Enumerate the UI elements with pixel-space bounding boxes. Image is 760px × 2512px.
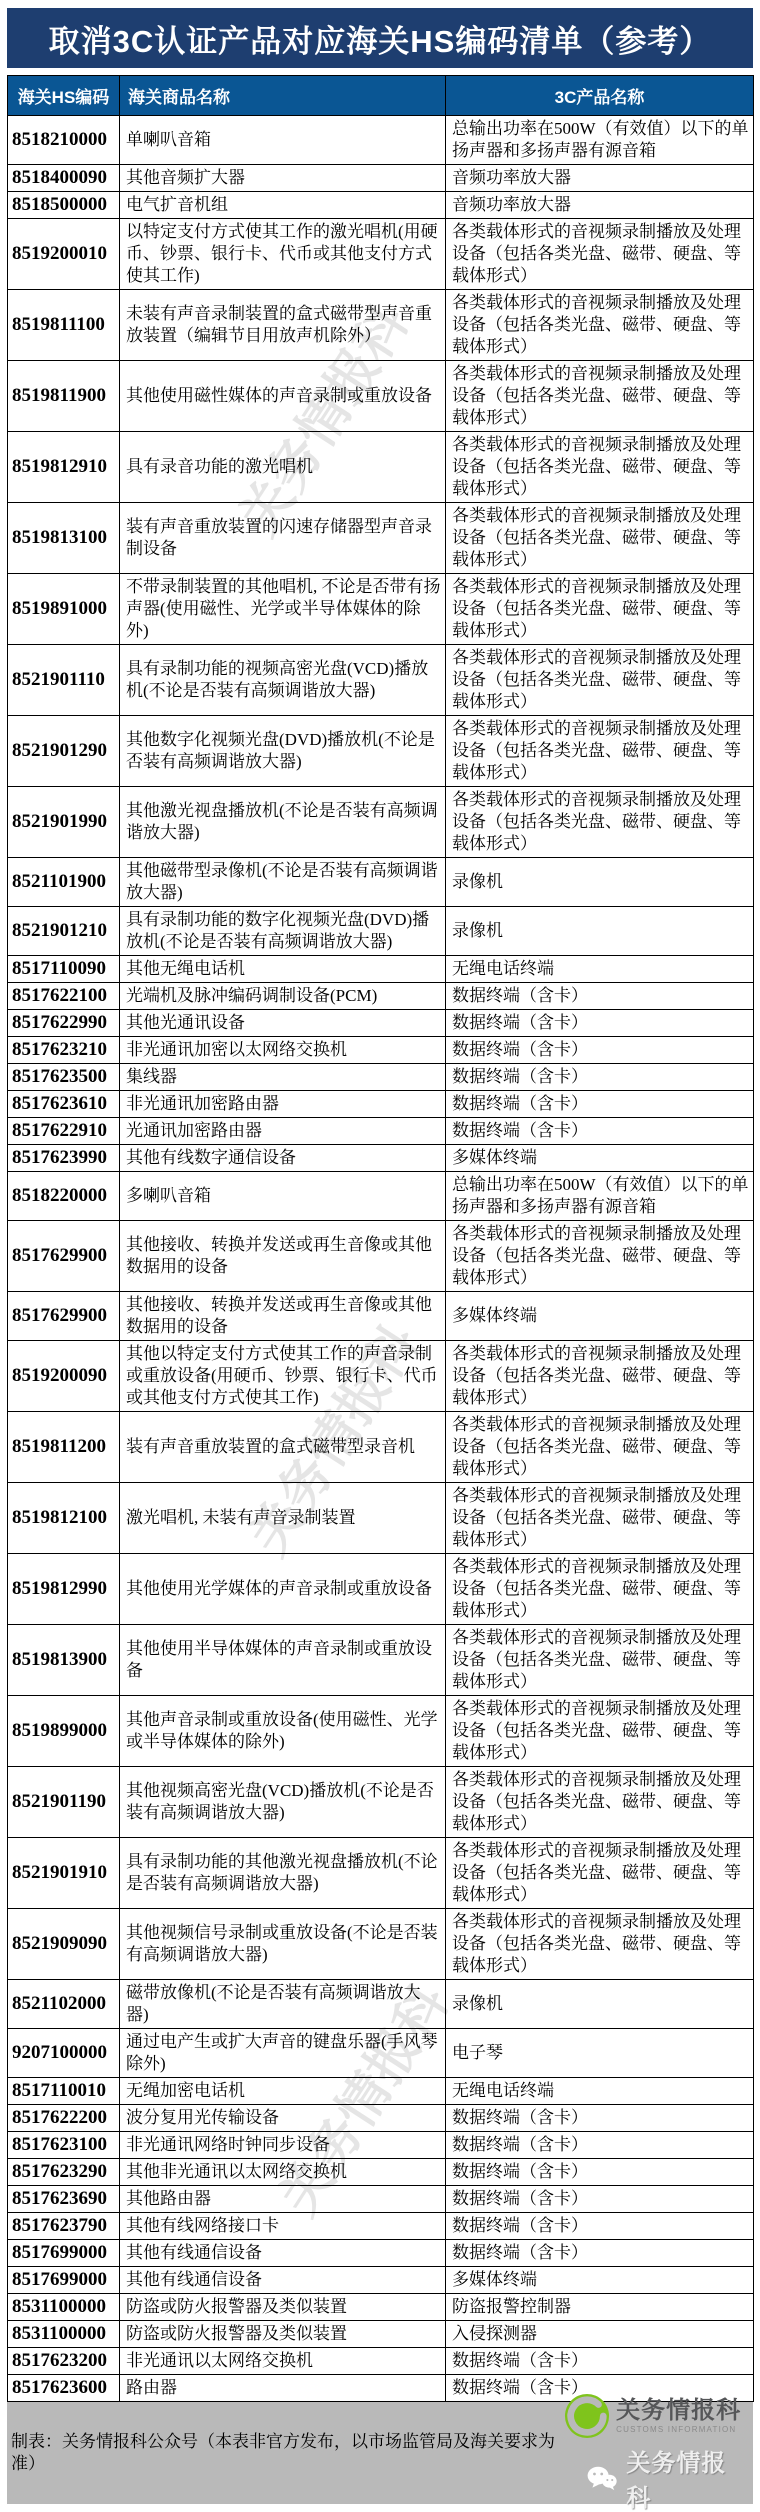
table-row: 8519200090其他以特定支付方式使其工作的声音录制或重放设备(用硬币、钞票… [8, 1341, 754, 1412]
3c-product-cell: 无绳电话终端 [446, 2078, 754, 2105]
table-row: 8518400090其他音频扩大器音频功率放大器 [8, 165, 754, 192]
3c-product-cell: 电子琴 [446, 2029, 754, 2078]
product-name-cell: 通过电产生或扩大声音的键盘乐器(手风琴除外) [120, 2029, 446, 2078]
product-name-cell: 无绳加密电话机 [120, 2078, 446, 2105]
hs-code-cell: 8517629900 [8, 1221, 120, 1292]
product-name-cell: 电气扩音机组 [120, 192, 446, 219]
table-row: 8517699000其他有线通信设备多媒体终端 [8, 2267, 754, 2294]
hs-code-cell: 8517623990 [8, 1145, 120, 1172]
table-row: 8517622200波分复用光传输设备数据终端（含卡） [8, 2105, 754, 2132]
3c-product-cell: 总输出功率在500W（有效值）以下的单扬声器和多扬声器有源音箱 [446, 1172, 754, 1221]
table-row: 8517622100光端机及脉冲编码调制设备(PCM)数据终端（含卡） [8, 983, 754, 1010]
table-row: 8519812990其他使用光学媒体的声音录制或重放设备各类载体形式的音视频录制… [8, 1554, 754, 1625]
hs-code-cell: 8517623690 [8, 2186, 120, 2213]
product-name-cell: 其他以特定支付方式使其工作的声音录制或重放设备(用硬币、钞票、银行卡、代币或其他… [120, 1341, 446, 1412]
3c-product-cell: 入侵探测器 [446, 2321, 754, 2348]
hs-code-cell: 8521101900 [8, 858, 120, 907]
table-row: 8517623200非光通讯以太网络交换机数据终端（含卡） [8, 2348, 754, 2375]
table-row: 8519812910具有录音功能的激光唱机各类载体形式的音视频录制播放及处理设备… [8, 432, 754, 503]
hs-code-cell: 8519812100 [8, 1483, 120, 1554]
hs-code-cell: 9207100000 [8, 2029, 120, 2078]
header-row: 海关HS编码 海关商品名称 3C产品名称 [8, 76, 754, 116]
table-row: 8521901110具有录制功能的视频高密光盘(VCD)播放机(不论是否装有高频… [8, 645, 754, 716]
product-name-cell: 其他使用磁性媒体的声音录制或重放设备 [120, 361, 446, 432]
hs-code-cell: 8517623290 [8, 2159, 120, 2186]
table-header: 海关HS编码 海关商品名称 3C产品名称 [8, 76, 754, 116]
product-name-cell: 其他激光视盘播放机(不论是否装有高频调谐放大器) [120, 787, 446, 858]
product-name-cell: 波分复用光传输设备 [120, 2105, 446, 2132]
3c-product-cell: 各类载体形式的音视频录制播放及处理设备（包括各类光盘、磁带、硬盘、等载体形式） [446, 219, 754, 290]
3c-product-cell: 各类载体形式的音视频录制播放及处理设备（包括各类光盘、磁带、硬盘、等载体形式） [446, 290, 754, 361]
product-name-cell: 防盗或防火报警器及类似装置 [120, 2294, 446, 2321]
brand-name-en: CUSTOMS INFORMATION [616, 2426, 741, 2434]
wechat-account: 关务情报科 [586, 2443, 745, 2512]
product-name-cell: 其他有线通信设备 [120, 2267, 446, 2294]
header-hs-code: 海关HS编码 [8, 76, 120, 116]
wechat-account-name: 关务情报科 [626, 2443, 745, 2512]
title-bar: 取消3C认证产品对应海关HS编码清单（参考） [7, 8, 753, 68]
hs-code-cell: 8519200010 [8, 219, 120, 290]
hs-code-cell: 8521901910 [8, 1838, 120, 1909]
hs-code-cell: 8517622100 [8, 983, 120, 1010]
hs-code-cell: 8517699000 [8, 2240, 120, 2267]
table-row: 8521901290其他数字化视频光盘(DVD)播放机(不论是否装有高频调谐放大… [8, 716, 754, 787]
product-name-cell: 其他光通讯设备 [120, 1010, 446, 1037]
product-name-cell: 非光通讯以太网络交换机 [120, 2348, 446, 2375]
table-row: 8517623690其他路由器数据终端（含卡） [8, 2186, 754, 2213]
table-row: 8517622990其他光通讯设备数据终端（含卡） [8, 1010, 754, 1037]
product-name-cell: 多喇叭音箱 [120, 1172, 446, 1221]
table-row: 8517623610非光通讯加密路由器数据终端（含卡） [8, 1091, 754, 1118]
brand-block: 关务情报科 CUSTOMS INFORMATION 关务情报科 [564, 2393, 747, 2512]
3c-product-cell: 多媒体终端 [446, 1292, 754, 1341]
table-row: 8519813100装有声音重放装置的闪速存储器型声音录制设备各类载体形式的音视… [8, 503, 754, 574]
hs-code-cell: 8517623600 [8, 2375, 120, 2402]
product-name-cell: 其他使用光学媒体的声音录制或重放设备 [120, 1554, 446, 1625]
hs-code-cell: 8521901990 [8, 787, 120, 858]
product-name-cell: 非光通讯加密路由器 [120, 1091, 446, 1118]
product-name-cell: 未装有声音录制装置的盒式磁带型声音重放装置（编辑节目用放声机除外） [120, 290, 446, 361]
3c-product-cell: 各类载体形式的音视频录制播放及处理设备（包括各类光盘、磁带、硬盘、等载体形式） [446, 1341, 754, 1412]
3c-product-cell: 各类载体形式的音视频录制播放及处理设备（包括各类光盘、磁带、硬盘、等载体形式） [446, 645, 754, 716]
3c-product-cell: 各类载体形式的音视频录制播放及处理设备（包括各类光盘、磁带、硬盘、等载体形式） [446, 716, 754, 787]
product-name-cell: 其他有线网络接口卡 [120, 2213, 446, 2240]
3c-product-cell: 各类载体形式的音视频录制播放及处理设备（包括各类光盘、磁带、硬盘、等载体形式） [446, 787, 754, 858]
table-row: 8531100000防盗或防火报警器及类似装置入侵探测器 [8, 2321, 754, 2348]
product-name-cell: 其他有线数字通信设备 [120, 1145, 446, 1172]
table-row: 8519200010以特定支付方式使其工作的激光唱机(用硬币、钞票、银行卡、代币… [8, 219, 754, 290]
table-row: 8521901910具有录制功能的其他激光视盘播放机(不论是否装有高频调谐放大器… [8, 1838, 754, 1909]
header-3c-name: 3C产品名称 [446, 76, 754, 116]
hs-code-cell: 8519200090 [8, 1341, 120, 1412]
product-name-cell: 以特定支付方式使其工作的激光唱机(用硬币、钞票、银行卡、代币或其他支付方式使其工… [120, 219, 446, 290]
product-name-cell: 其他使用半导体媒体的声音录制或重放设备 [120, 1625, 446, 1696]
product-name-cell: 集线器 [120, 1064, 446, 1091]
hs-code-cell: 8519811100 [8, 290, 120, 361]
hs-code-cell: 8517623100 [8, 2132, 120, 2159]
3c-product-cell: 各类载体形式的音视频录制播放及处理设备（包括各类光盘、磁带、硬盘、等载体形式） [446, 1696, 754, 1767]
3c-product-cell: 数据终端（含卡） [446, 2348, 754, 2375]
3c-product-cell: 各类载体形式的音视频录制播放及处理设备（包括各类光盘、磁带、硬盘、等载体形式） [446, 432, 754, 503]
product-name-cell: 非光通讯加密以太网络交换机 [120, 1037, 446, 1064]
product-name-cell: 非光通讯网络时钟同步设备 [120, 2132, 446, 2159]
hs-code-cell: 8519811200 [8, 1412, 120, 1483]
product-name-cell: 其他音频扩大器 [120, 165, 446, 192]
hs-code-cell: 8521909090 [8, 1909, 120, 1980]
3c-product-cell: 数据终端（含卡） [446, 2159, 754, 2186]
table-row: 8517623100非光通讯网络时钟同步设备数据终端（含卡） [8, 2132, 754, 2159]
product-name-cell: 其他有线通信设备 [120, 2240, 446, 2267]
product-name-cell: 装有声音重放装置的盒式磁带型录音机 [120, 1412, 446, 1483]
product-name-cell: 单喇叭音箱 [120, 116, 446, 165]
table-row: 8521901190其他视频高密光盘(VCD)播放机(不论是否装有高频调谐放大器… [8, 1767, 754, 1838]
table-row: 8518500000电气扩音机组音频功率放大器 [8, 192, 754, 219]
3c-product-cell: 各类载体形式的音视频录制播放及处理设备（包括各类光盘、磁带、硬盘、等载体形式） [446, 503, 754, 574]
hs-code-cell: 8521901110 [8, 645, 120, 716]
3c-product-cell: 数据终端（含卡） [446, 2105, 754, 2132]
product-name-cell: 其他无绳电话机 [120, 956, 446, 983]
3c-product-cell: 数据终端（含卡） [446, 1037, 754, 1064]
table-row: 8521101900其他磁带型录像机(不论是否装有高频调谐放大器)录像机 [8, 858, 754, 907]
brand-top: 关务情报科 CUSTOMS INFORMATION [564, 2393, 741, 2439]
product-name-cell: 光端机及脉冲编码调制设备(PCM) [120, 983, 446, 1010]
3c-product-cell: 多媒体终端 [446, 2267, 754, 2294]
hs-code-cell: 8521901190 [8, 1767, 120, 1838]
product-name-cell: 具有录音功能的激光唱机 [120, 432, 446, 503]
3c-product-cell: 各类载体形式的音视频录制播放及处理设备（包括各类光盘、磁带、硬盘、等载体形式） [446, 1554, 754, 1625]
table-row: 8517623500集线器数据终端（含卡） [8, 1064, 754, 1091]
product-name-cell: 不带录制装置的其他唱机, 不论是否带有扬声器(使用磁性、光学或半导体媒体的除外) [120, 574, 446, 645]
hs-code-cell: 8517110010 [8, 2078, 120, 2105]
table-row: 8519813900其他使用半导体媒体的声音录制或重放设备各类载体形式的音视频录… [8, 1625, 754, 1696]
product-name-cell: 具有录制功能的其他激光视盘播放机(不论是否装有高频调谐放大器) [120, 1838, 446, 1909]
header-product-name: 海关商品名称 [120, 76, 446, 116]
product-name-cell: 光通讯加密路由器 [120, 1118, 446, 1145]
table-row: 8519811200装有声音重放装置的盒式磁带型录音机各类载体形式的音视频录制播… [8, 1412, 754, 1483]
table-row: 8518210000单喇叭音箱总输出功率在500W（有效值）以下的单扬声器和多扬… [8, 116, 754, 165]
3c-product-cell: 各类载体形式的音视频录制播放及处理设备（包括各类光盘、磁带、硬盘、等载体形式） [446, 1625, 754, 1696]
table-row: 8517629900其他接收、转换并发送或再生音像或其他数据用的设备多媒体终端 [8, 1292, 754, 1341]
wechat-icon [586, 2464, 618, 2492]
customs-information-logo-icon [564, 2393, 610, 2439]
product-name-cell: 其他视频信号录制或重放设备(不论是否装有高频调谐放大器) [120, 1909, 446, 1980]
3c-product-cell: 数据终端（含卡） [446, 1118, 754, 1145]
product-name-cell: 装有声音重放装置的闪速存储器型声音录制设备 [120, 503, 446, 574]
3c-product-cell: 各类载体形式的音视频录制播放及处理设备（包括各类光盘、磁带、硬盘、等载体形式） [446, 1412, 754, 1483]
table-row: 8517629900其他接收、转换并发送或再生音像或其他数据用的设备各类载体形式… [8, 1221, 754, 1292]
table-row: 8518220000多喇叭音箱总输出功率在500W（有效值）以下的单扬声器和多扬… [8, 1172, 754, 1221]
table-row: 8519812100激光唱机, 未装有声音录制装置各类载体形式的音视频录制播放及… [8, 1483, 754, 1554]
table-row: 8521102000磁带放像机(不论是否装有高频调谐放大器)录像机 [8, 1980, 754, 2029]
3c-product-cell: 音频功率放大器 [446, 165, 754, 192]
product-name-cell: 其他接收、转换并发送或再生音像或其他数据用的设备 [120, 1221, 446, 1292]
product-name-cell: 具有录制功能的视频高密光盘(VCD)播放机(不论是否装有高频调谐放大器) [120, 645, 446, 716]
page: 取消3C认证产品对应海关HS编码清单（参考） 关务情报科 关务情报科 关务情报科… [0, 0, 760, 2512]
hs-code-cell: 8517623200 [8, 2348, 120, 2375]
product-name-cell: 其他声音录制或重放设备(使用磁性、光学或半导体媒体的除外) [120, 1696, 446, 1767]
3c-product-cell: 各类载体形式的音视频录制播放及处理设备（包括各类光盘、磁带、硬盘、等载体形式） [446, 1909, 754, 1980]
hs-code-cell: 8517622910 [8, 1118, 120, 1145]
hs-code-cell: 8518220000 [8, 1172, 120, 1221]
hs-code-cell: 8517699000 [8, 2267, 120, 2294]
hs-code-cell: 8517623500 [8, 1064, 120, 1091]
3c-product-cell: 各类载体形式的音视频录制播放及处理设备（包括各类光盘、磁带、硬盘、等载体形式） [446, 361, 754, 432]
product-name-cell: 其他非光通讯以太网络交换机 [120, 2159, 446, 2186]
3c-product-cell: 数据终端（含卡） [446, 1091, 754, 1118]
3c-product-cell: 多媒体终端 [446, 1145, 754, 1172]
3c-product-cell: 数据终端（含卡） [446, 2186, 754, 2213]
hs-code-cell: 8531100000 [8, 2321, 120, 2348]
table-row: 8519811900其他使用磁性媒体的声音录制或重放设备各类载体形式的音视频录制… [8, 361, 754, 432]
table-row: 8517623210非光通讯加密以太网络交换机数据终端（含卡） [8, 1037, 754, 1064]
3c-product-cell: 音频功率放大器 [446, 192, 754, 219]
table-row: 8517699000其他有线通信设备数据终端（含卡） [8, 2240, 754, 2267]
3c-product-cell: 数据终端（含卡） [446, 2240, 754, 2267]
3c-product-cell: 数据终端（含卡） [446, 1010, 754, 1037]
hs-code-cell: 8521901290 [8, 716, 120, 787]
3c-product-cell: 总输出功率在500W（有效值）以下的单扬声器和多扬声器有源音箱 [446, 116, 754, 165]
footer-note: 制表：关务情报科公众号（本表非官方发布，以市场监管局及海关要求为准） [11, 2431, 564, 2475]
product-name-cell: 路由器 [120, 2375, 446, 2402]
table-row: 8517623290其他非光通讯以太网络交换机数据终端（含卡） [8, 2159, 754, 2186]
3c-product-cell: 各类载体形式的音视频录制播放及处理设备（包括各类光盘、磁带、硬盘、等载体形式） [446, 1767, 754, 1838]
product-name-cell: 其他视频高密光盘(VCD)播放机(不论是否装有高频调谐放大器) [120, 1767, 446, 1838]
hs-code-cell: 8531100000 [8, 2294, 120, 2321]
brand-name-cn: 关务情报科 [616, 2399, 741, 2423]
hs-code-cell: 8517629900 [8, 1292, 120, 1341]
hs-code-cell: 8517110090 [8, 956, 120, 983]
hs-code-cell: 8517623610 [8, 1091, 120, 1118]
table-row: 8517623790其他有线网络接口卡数据终端（含卡） [8, 2213, 754, 2240]
table-row: 8519811100未装有声音录制装置的盒式磁带型声音重放装置（编辑节目用放声机… [8, 290, 754, 361]
table-row: 8517622910光通讯加密路由器数据终端（含卡） [8, 1118, 754, 1145]
table-row: 8531100000防盗或防火报警器及类似装置防盗报警控制器 [8, 2294, 754, 2321]
3c-product-cell: 录像机 [446, 858, 754, 907]
table-row: 9207100000通过电产生或扩大声音的键盘乐器(手风琴除外)电子琴 [8, 2029, 754, 2078]
product-name-cell: 其他数字化视频光盘(DVD)播放机(不论是否装有高频调谐放大器) [120, 716, 446, 787]
product-name-cell: 磁带放像机(不论是否装有高频调谐放大器) [120, 1980, 446, 2029]
footer: 制表：关务情报科公众号（本表非官方发布，以市场监管局及海关要求为准） 关务情报科… [7, 2402, 753, 2504]
3c-product-cell: 各类载体形式的音视频录制播放及处理设备（包括各类光盘、磁带、硬盘、等载体形式） [446, 574, 754, 645]
hs-code-cell: 8519811900 [8, 361, 120, 432]
3c-product-cell: 录像机 [446, 907, 754, 956]
page-title: 取消3C认证产品对应海关HS编码清单（参考） [49, 16, 712, 61]
hs-code-cell: 8519813100 [8, 503, 120, 574]
3c-product-cell: 数据终端（含卡） [446, 2213, 754, 2240]
hs-code-cell: 8518400090 [8, 165, 120, 192]
hs-code-cell: 8517623210 [8, 1037, 120, 1064]
table-row: 8517623990其他有线数字通信设备多媒体终端 [8, 1145, 754, 1172]
product-name-cell: 具有录制功能的数字化视频光盘(DVD)播放机(不论是否装有高频调谐放大器) [120, 907, 446, 956]
3c-product-cell: 各类载体形式的音视频录制播放及处理设备（包括各类光盘、磁带、硬盘、等载体形式） [446, 1838, 754, 1909]
hs-code-cell: 8519891000 [8, 574, 120, 645]
table-row: 8521901990其他激光视盘播放机(不论是否装有高频调谐放大器)各类载体形式… [8, 787, 754, 858]
hs-code-cell: 8518210000 [8, 116, 120, 165]
3c-product-cell: 数据终端（含卡） [446, 2132, 754, 2159]
3c-product-cell: 数据终端（含卡） [446, 983, 754, 1010]
3c-product-cell: 防盗报警控制器 [446, 2294, 754, 2321]
table-row: 8517110010无绳加密电话机无绳电话终端 [8, 2078, 754, 2105]
hs-code-cell: 8518500000 [8, 192, 120, 219]
table-row: 8517110090其他无绳电话机无绳电话终端 [8, 956, 754, 983]
3c-product-cell: 各类载体形式的音视频录制播放及处理设备（包括各类光盘、磁带、硬盘、等载体形式） [446, 1483, 754, 1554]
hs-code-cell: 8517622200 [8, 2105, 120, 2132]
hs-code-cell: 8519812990 [8, 1554, 120, 1625]
hs-code-cell: 8519813900 [8, 1625, 120, 1696]
table-body: 8518210000单喇叭音箱总输出功率在500W（有效值）以下的单扬声器和多扬… [8, 116, 754, 2402]
product-name-cell: 其他接收、转换并发送或再生音像或其他数据用的设备 [120, 1292, 446, 1341]
table-row: 8521901210具有录制功能的数字化视频光盘(DVD)播放机(不论是否装有高… [8, 907, 754, 956]
table-row: 8519899000其他声音录制或重放设备(使用磁性、光学或半导体媒体的除外)各… [8, 1696, 754, 1767]
hs-code-cell: 8519899000 [8, 1696, 120, 1767]
hs-code-cell: 8521102000 [8, 1980, 120, 2029]
3c-product-cell: 无绳电话终端 [446, 956, 754, 983]
hs-code-cell: 8521901210 [8, 907, 120, 956]
3c-product-cell: 各类载体形式的音视频录制播放及处理设备（包括各类光盘、磁带、硬盘、等载体形式） [446, 1221, 754, 1292]
hs-code-cell: 8517622990 [8, 1010, 120, 1037]
product-name-cell: 其他路由器 [120, 2186, 446, 2213]
3c-product-cell: 数据终端（含卡） [446, 1064, 754, 1091]
hs-code-cell: 8519812910 [8, 432, 120, 503]
product-name-cell: 其他磁带型录像机(不论是否装有高频调谐放大器) [120, 858, 446, 907]
table-row: 8519891000不带录制装置的其他唱机, 不论是否带有扬声器(使用磁性、光学… [8, 574, 754, 645]
hs-code-table: 海关HS编码 海关商品名称 3C产品名称 8518210000单喇叭音箱总输出功… [7, 75, 754, 2402]
3c-product-cell: 录像机 [446, 1980, 754, 2029]
product-name-cell: 防盗或防火报警器及类似装置 [120, 2321, 446, 2348]
hs-code-cell: 8517623790 [8, 2213, 120, 2240]
brand-text: 关务情报科 CUSTOMS INFORMATION [616, 2399, 741, 2434]
table-row: 8521909090其他视频信号录制或重放设备(不论是否装有高频调谐放大器)各类… [8, 1909, 754, 1980]
product-name-cell: 激光唱机, 未装有声音录制装置 [120, 1483, 446, 1554]
